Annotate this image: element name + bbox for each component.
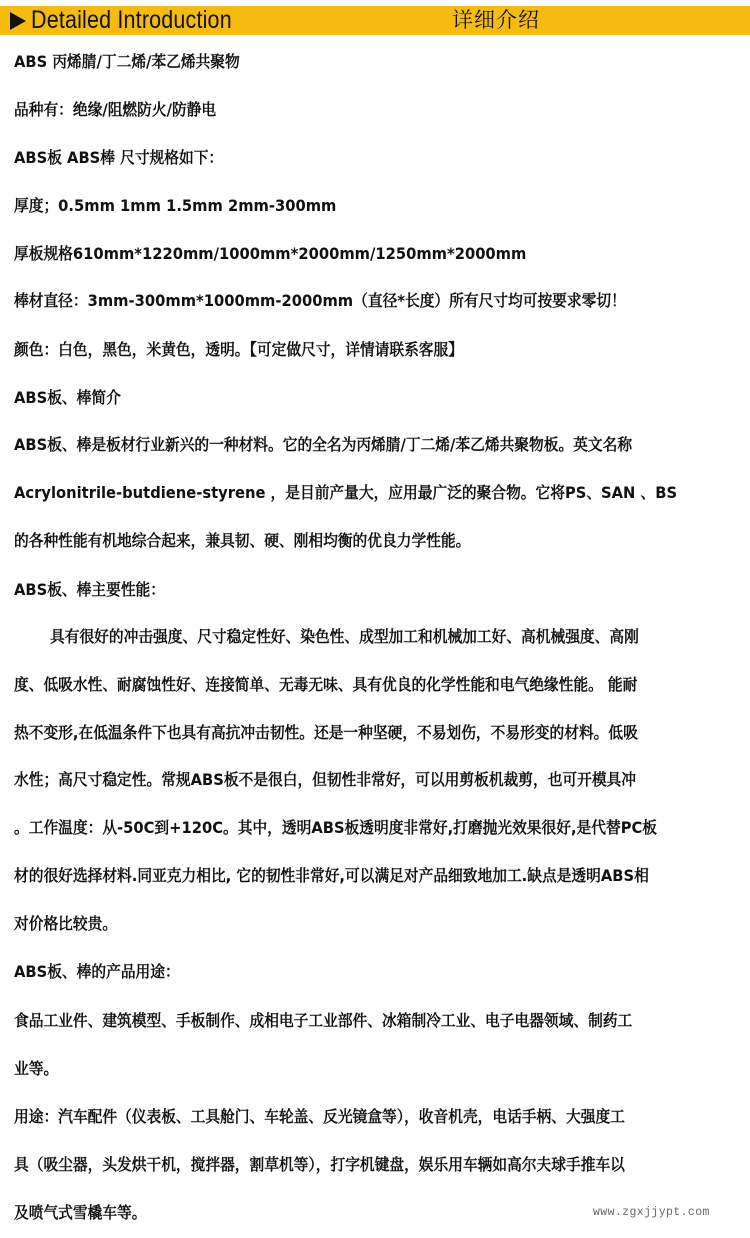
sheet-size-spec: 厚板规格610mm*1220mm/1000mm*2000mm/1250mm*20… [14,242,526,266]
properties-paragraph-line: 材的很好选择材料.同亚克力相比, 它的韧性非常好,可以满足对产品细致地加工.缺点… [14,864,649,888]
properties-paragraph-line: 热不变形,在低温条件下也具有高抗冲击韧性。还是一种坚硬，不易划伤，不易形变的材料… [14,721,638,745]
applications-paragraph-line: 食品工业件、建筑模型、手板制作、成相电子工业部件、冰箱制冷工业、电子电器领域、制… [14,1009,632,1033]
properties-paragraph-line: 。工作温度：从-50C到+120C。其中，透明ABS板透明度非常好,打磨抛光效果… [14,816,657,840]
color-options: 颜色：白色，黑色，米黄色，透明。【可定做尺寸，详情请联系客服】 [14,338,463,362]
rod-diameter-spec: 棒材直径：3mm-300mm*1000mm-2000mm（直径*长度）所有尺寸均… [14,289,626,313]
triangle-right-icon [10,12,26,30]
intro-paragraph-line: Acrylonitrile-butdiene-styrene ，是目前产量大，应… [14,481,677,505]
properties-paragraph-line: 对价格比较贵。 [14,912,117,936]
header-title-group: Detailed Introduction [10,6,265,35]
uses-paragraph-line: 具（吸尘器，头发烘干机，搅拌器，割草机等），打字机键盘，娱乐用车辆如高尔夫球手推… [14,1153,625,1177]
applications-heading: ABS板、棒的产品用途： [14,960,180,984]
intro-paragraph-line: 的各种性能有机地综合起来，兼具韧、硬、刚相均衡的优良力学性能。 [14,529,470,553]
properties-paragraph-line: 具有很好的冲击强度、尺寸稳定性好、染色性、成型加工和机械加工好、高机械强度、高刚 [50,625,639,649]
header-title-chinese: 详细介绍 [452,6,540,35]
applications-paragraph-line: 业等。 [14,1057,58,1081]
section-header-bar: Detailed Introduction 详细介绍 [0,6,750,35]
material-name: ABS 丙烯腈/丁二烯/苯乙烯共聚物 [14,50,240,74]
header-title-english: Detailed Introduction [31,6,232,35]
uses-paragraph-line: 及喷气式雪橇车等。 [14,1201,146,1225]
thickness-spec: 厚度；0.5mm 1mm 1.5mm 2mm-300mm [14,194,336,218]
intro-paragraph-line: ABS板、棒是板材行业新兴的一种材料。它的全名为丙烯腈/丁二烯/苯乙烯共聚物板。… [14,433,632,457]
properties-paragraph-line: 水性；高尺寸稳定性。常规ABS板不是很白，但韧性非常好，可以用剪板机裁剪，也可开… [14,768,636,792]
properties-paragraph-line: 度、低吸水性、耐腐蚀性好、连接简单、无毒无味、具有优良的化学性能和电气绝缘性能。… [14,673,637,697]
properties-heading: ABS板、棒主要性能： [14,578,165,602]
intro-heading: ABS板、棒简介 [14,386,121,410]
variants: 品种有：绝缘/阻燃防火/防静电 [14,98,216,122]
spec-heading: ABS板 ABS棒 尺寸规格如下： [14,146,223,170]
site-watermark: www.zgxjjypt.com [593,1206,710,1219]
uses-paragraph-line: 用途：汽车配件（仪表板、工具舱门、车轮盖、反光镜盒等），收音机壳，电话手柄、大强… [14,1105,625,1129]
